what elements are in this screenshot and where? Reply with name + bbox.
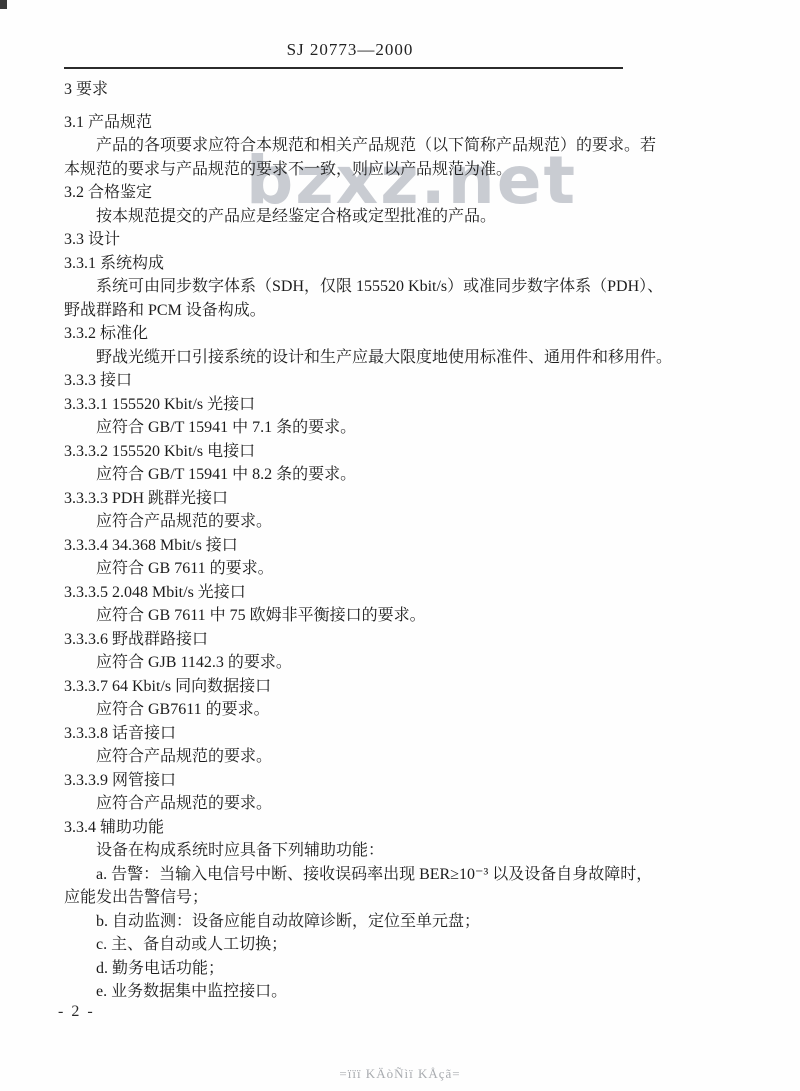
text-line: 应符合 GB 7611 的要求。	[64, 557, 774, 581]
text-line: 设备在构成系统时应具备下列辅助功能：	[64, 839, 774, 863]
section-heading: 3.3.3.8 话音接口	[64, 722, 774, 746]
text-line: d. 勤务电话功能；	[64, 957, 774, 981]
scan-corner-artifact	[0, 0, 7, 9]
text-line: 应符合 GJB 1142.3 的要求。	[64, 651, 774, 675]
text-line: 产品的各项要求应符合本规范和相关产品规范（以下简称产品规范）的要求。若	[64, 134, 774, 158]
text-line: c. 主、备自动或人工切换；	[64, 933, 774, 957]
section-heading: 3.3.4 辅助功能	[64, 816, 774, 840]
section-heading: 3.3.3.4 34.368 Mbit/s 接口	[64, 534, 774, 558]
text-line: 应符合产品规范的要求。	[64, 792, 774, 816]
text-line: 野战光缆开口引接系统的设计和生产应最大限度地使用标准件、通用件和移用件。	[64, 346, 774, 370]
text-line: 应能发出告警信号；	[64, 886, 774, 910]
section-heading: 3.3.2 标准化	[64, 322, 774, 346]
header-rule	[64, 67, 623, 69]
text-line: 应符合 GB/T 15941 中 7.1 条的要求。	[64, 416, 774, 440]
section-heading: 3.3 设计	[64, 228, 774, 252]
text-line: 按本规范提交的产品应是经鉴定合格或定型批准的产品。	[64, 205, 774, 229]
page-header: SJ 20773—2000	[0, 40, 700, 60]
text-line: 应符合 GB7611 的要求。	[64, 698, 774, 722]
text-line: 本规范的要求与产品规范的要求不一致，则应以产品规范为准。	[64, 158, 774, 182]
section-heading: 3.3.3.2 155520 Kbit/s 电接口	[64, 440, 774, 464]
section-heading: 3.3.3.3 PDH 跳群光接口	[64, 487, 774, 511]
section-heading: 3 要求	[64, 78, 774, 102]
footer-watermark: =ïïï KÄòÑìï KÅçã=	[0, 1066, 800, 1082]
text-line: 系统可由同步数字体系（SDH，仅限 155520 Kbit/s）或准同步数字体系…	[64, 275, 774, 299]
section-heading: 3.3.3.1 155520 Kbit/s 光接口	[64, 393, 774, 417]
document-body: 3 要求3.1 产品规范产品的各项要求应符合本规范和相关产品规范（以下简称产品规…	[64, 78, 774, 1004]
text-line: 应符合产品规范的要求。	[64, 510, 774, 534]
section-heading: 3.1 产品规范	[64, 111, 774, 135]
section-heading: 3.3.3.5 2.048 Mbit/s 光接口	[64, 581, 774, 605]
standard-number: SJ 20773—2000	[287, 40, 414, 59]
section-heading: 3.3.3.6 野战群路接口	[64, 628, 774, 652]
section-heading: 3.3.3.9 网管接口	[64, 769, 774, 793]
section-heading: 3.2 合格鉴定	[64, 181, 774, 205]
section-heading: 3.3.3 接口	[64, 369, 774, 393]
section-heading: 3.3.1 系统构成	[64, 252, 774, 276]
text-line: 应符合 GB/T 15941 中 8.2 条的要求。	[64, 463, 774, 487]
text-line: b. 自动监测：设备应能自动故障诊断，定位至单元盘；	[64, 910, 774, 934]
page-number: - 2 -	[58, 1003, 95, 1021]
text-line: e. 业务数据集中监控接口。	[64, 980, 774, 1004]
text-line: 野战群路和 PCM 设备构成。	[64, 299, 774, 323]
text-line: a. 告警：当输入电信号中断、接收误码率出现 BER≥10⁻³ 以及设备自身故障…	[64, 863, 774, 887]
text-line: 应符合 GB 7611 中 75 欧姆非平衡接口的要求。	[64, 604, 774, 628]
document-page: SJ 20773—2000 bzxz.net 3 要求3.1 产品规范产品的各项…	[0, 0, 800, 1091]
text-line: 应符合产品规范的要求。	[64, 745, 774, 769]
section-heading: 3.3.3.7 64 Kbit/s 同向数据接口	[64, 675, 774, 699]
